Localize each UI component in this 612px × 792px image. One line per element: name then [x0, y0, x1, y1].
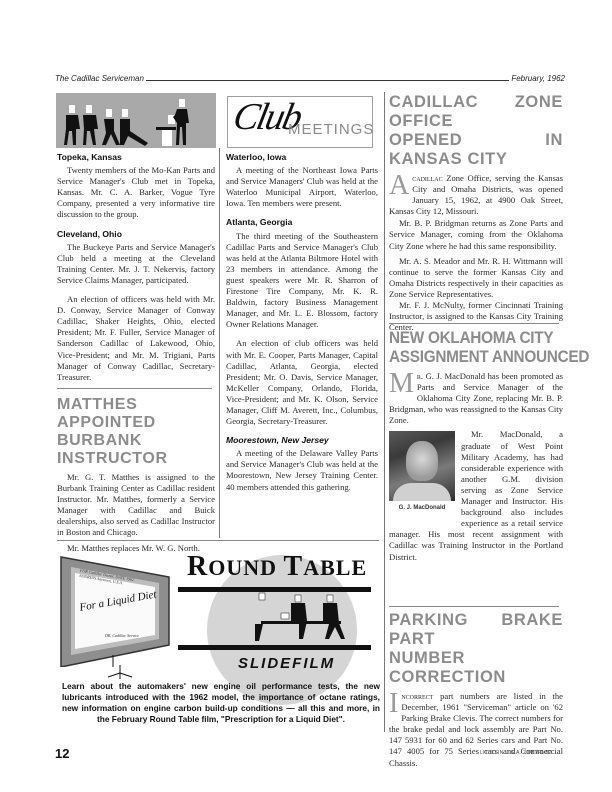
slidefilm-label: SLIDEFILM [238, 655, 335, 672]
lead-smallcaps: cadillac [412, 173, 442, 183]
projection-screen-icon [59, 555, 171, 667]
lead-text: G. J. MacDonald has been promoted as Par… [389, 371, 563, 425]
meeting-location: Waterloo, Iowa [226, 152, 378, 163]
meeting-paragraph: A meeting of the Delaware Valley Parts a… [226, 448, 378, 492]
headline-line: NUMBER CORRECTION [389, 649, 563, 687]
lead-paragraph: Mr. G. J. MacDonald has been promoted as… [389, 371, 563, 426]
portrait-shoulders [393, 483, 451, 501]
macdonald-portrait [389, 431, 455, 501]
article-paragraph: Mr. A. S. Meador and Mr. R. H. Wittmann … [389, 256, 563, 300]
meeting-entry-moorestown: Moorestown, New Jersey A meeting of the … [226, 435, 378, 492]
headline-line: MATTHES APPOINTED [57, 396, 215, 432]
meetings-title: MEETINGS [288, 121, 374, 138]
drop-cap: M [389, 373, 414, 395]
prescription-signature: DR. Cadillac Service [105, 633, 139, 638]
title-rest: OUND [208, 555, 283, 580]
parking-brake-article: PARKING BRAKE PART NUMBER CORRECTION Inc… [389, 611, 563, 769]
meeting-paragraph: The third meeting of the Southeastern Ca… [226, 231, 378, 331]
headline-line: BURBANK INSTRUCTOR [57, 432, 215, 468]
headline-line: PARKING BRAKE PART [389, 611, 563, 649]
club-meetings-banner: Club MEETINGS [227, 96, 373, 148]
headline-line: NEW OKLAHOMA CITY [389, 329, 551, 348]
title-bar [178, 645, 371, 650]
meeting-entry-waterloo: Waterloo, Iowa A meeting of the Northeas… [226, 152, 378, 209]
meeting-paragraph: A meeting of the Northeast Iowa Parts an… [226, 165, 378, 209]
publication-name: The Cadillac Serviceman [55, 74, 144, 83]
headline-line: ASSIGNMENT ANNOUNCED [389, 348, 551, 367]
lead-paragraph: Acadillac Zone Office, serving the Kansa… [389, 173, 563, 217]
title-rest: ABLE [303, 555, 367, 580]
headline-line: OPENED IN KANSAS CITY [389, 131, 563, 169]
drop-cap: A [389, 175, 409, 197]
matthes-headline: MATTHES APPOINTED BURBANK INSTRUCTOR [57, 396, 215, 468]
drop-cap: I [389, 693, 398, 715]
issue-date: February, 1962 [511, 74, 565, 83]
meeting-location: Topeka, Kansas [57, 152, 215, 163]
print-mark: LITHO IN U.S.A. 20M 2-1-62 [480, 750, 552, 756]
article-paragraph: Mr. B. P. Bridgman returns as Zone Parts… [389, 218, 563, 251]
article-paragraph: Mr. G. T. Matthes is assigned to the Bur… [57, 472, 215, 539]
meeting-entry-topeka: Topeka, Kansas Twenty members of the Mo-… [57, 152, 215, 221]
lead-smallcaps: ncorrect [401, 691, 433, 701]
club-meetings-column-2: Waterloo, Iowa A meeting of the Northeas… [226, 152, 378, 497]
club-meetings-column-1: Topeka, Kansas Twenty members of the Mo-… [57, 152, 215, 387]
round-table-title: ROUND TABLE [187, 551, 367, 583]
photo-caption: G. J. MacDonald [389, 503, 455, 514]
meeting-location: Moorestown, New Jersey [226, 435, 378, 446]
matthes-article: MATTHES APPOINTED BURBANK INSTRUCTOR Mr.… [57, 396, 215, 558]
oklahoma-headline: NEW OKLAHOMA CITY ASSIGNMENT ANNOUNCED [389, 329, 551, 367]
meeting-paragraph: Twenty members of the Mo-Kan Parts and S… [57, 165, 215, 220]
column-divider [384, 92, 385, 732]
round-table-description: Learn about the automakers' new engine o… [62, 681, 380, 725]
meeting-location: Atlanta, Georgia [226, 217, 378, 228]
tripod-icon [105, 665, 135, 679]
title-initial: R [187, 551, 208, 582]
column-divider [219, 148, 220, 538]
meeting-paragraph: An election of club officers was held wi… [226, 338, 378, 427]
headline-line: CADILLAC ZONE OFFICE [389, 93, 563, 131]
section-divider [57, 540, 379, 541]
zone-office-headline: CADILLAC ZONE OFFICE OPENED IN KANSAS CI… [389, 93, 563, 169]
zone-office-article: CADILLAC ZONE OFFICE OPENED IN KANSAS CI… [389, 93, 563, 337]
header-rule [146, 80, 509, 81]
lead-text: part numbers are listed in the December,… [389, 691, 563, 768]
parking-brake-headline: PARKING BRAKE PART NUMBER CORRECTION [389, 611, 563, 687]
round-table-figures-icon [245, 591, 355, 643]
meeting-paragraph: The Buckeye Parts and Service Manager's … [57, 242, 215, 286]
running-head: The Cadillac Serviceman February, 1962 [55, 71, 565, 83]
seated-men-illustration-icon [56, 93, 216, 148]
meeting-entry-atlanta: Atlanta, Georgia The third meeting of th… [226, 217, 378, 427]
meeting-paragraph: An election of officers was held with Mr… [57, 294, 215, 383]
round-table-promo: ROUND TABLE SLIDEFILM FOR Cadillac Owner… [55, 547, 380, 672]
meeting-location: Cleveland, Ohio [57, 229, 215, 240]
section-divider [389, 323, 559, 324]
portrait-face [406, 441, 438, 481]
page-number: 12 [55, 746, 69, 761]
title-initial: T [284, 551, 304, 582]
section-divider [389, 606, 559, 607]
lead-paragraph: Incorrect part numbers are listed in the… [389, 691, 563, 769]
meeting-entry-cleveland: Cleveland, Ohio The Buckeye Parts and Se… [57, 229, 215, 383]
section-divider [57, 388, 212, 389]
oklahoma-article: NEW OKLAHOMA CITY ASSIGNMENT ANNOUNCED M… [389, 329, 563, 567]
